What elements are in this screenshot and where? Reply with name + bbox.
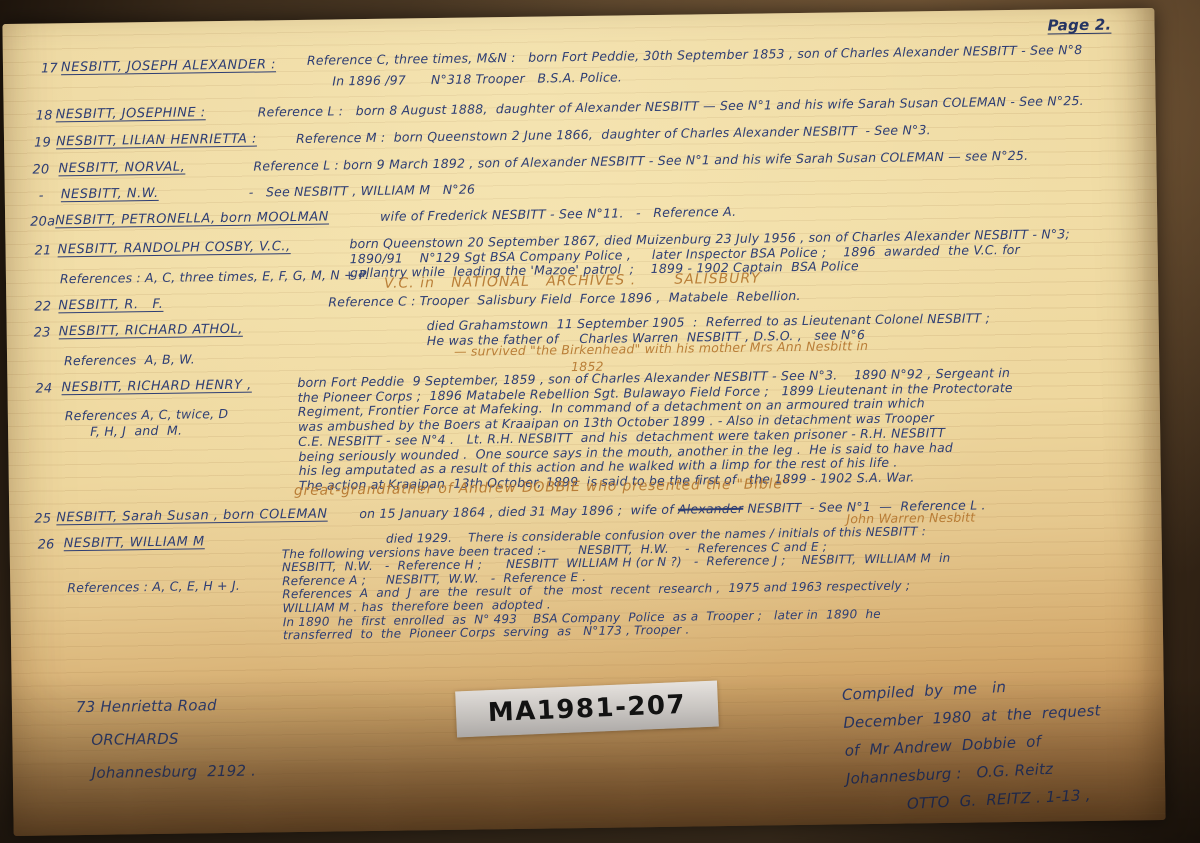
entry-name: NESBITT, NORVAL, bbox=[58, 161, 185, 177]
entry-body: Reference L : born 9 March 1892 , son of… bbox=[253, 149, 1028, 174]
entry-name: NESBITT, RICHARD ATHOL, bbox=[59, 323, 243, 340]
entry-number: 20 bbox=[32, 163, 49, 178]
struck-text: Alexander bbox=[678, 501, 743, 517]
pencil-annotation: great-grandfather of Andrew DOBBIE who p… bbox=[294, 477, 790, 499]
entry-number: 19 bbox=[34, 136, 51, 151]
entry-name: NESBITT, Sarah Susan , born COLEMAN bbox=[56, 508, 328, 526]
entry-name: NESBITT, N.W. bbox=[61, 187, 159, 203]
page-number-label: Page 2. bbox=[1047, 18, 1111, 33]
entry-22: 22 NESBITT, R. F. Reference C : Trooper … bbox=[2, 8, 1165, 836]
entry-name: NESBITT, WILLIAM M bbox=[64, 535, 205, 552]
photo-background: { "colors":{"ink":"#2e3e74","pencil":"#b… bbox=[0, 0, 1200, 843]
entry-body-text: on 15 January 1864 , died 31 May 1896 ; … bbox=[359, 502, 678, 521]
entry-references: References : A, C, E, H + J. bbox=[67, 579, 240, 596]
archive-reference-sticker: MA1981-207 bbox=[455, 681, 719, 738]
entry-name: NESBITT, JOSEPHINE : bbox=[56, 106, 206, 123]
entry-19: 19 NESBITT, LILIAN HENRIETTA : Reference… bbox=[2, 8, 1165, 836]
entry-number: 18 bbox=[36, 109, 53, 124]
paper: Page 2. 17 NESBITT, JOSEPH ALEXANDER : R… bbox=[2, 8, 1165, 836]
compiler-address: 73 Henrietta Road ORCHARDS Johannesburg … bbox=[76, 689, 257, 790]
entry-body-text: NESBITT - See N°1 — Reference L . bbox=[743, 497, 986, 515]
entry-references: References A, C, twice, D F, H, J and M. bbox=[65, 406, 229, 440]
entry-26: 26 NESBITT, WILLIAM M died 1929. There i… bbox=[2, 8, 1165, 836]
entry-name: NESBITT, RANDOLPH COSBY, V.C., bbox=[57, 240, 290, 258]
entry-body: on 15 January 1864 , died 31 May 1896 ; … bbox=[359, 498, 986, 521]
entry-references: References : A, C, three times, E, F, G,… bbox=[60, 268, 369, 287]
entry-number: 20a bbox=[30, 215, 55, 230]
compiled-note: Compiled by me in December 1980 at the r… bbox=[841, 668, 1105, 820]
pencil-annotation: V.C. in NATIONAL ARCHIVES . SALISBURY bbox=[384, 272, 761, 292]
entry-body: died 1929. There is considerable confusi… bbox=[282, 525, 952, 643]
entry-name: NESBITT, JOSEPH ALEXANDER : bbox=[61, 58, 276, 76]
entry-25: 25 NESBITT, Sarah Susan , born COLEMAN o… bbox=[2, 8, 1165, 836]
entry-name: NESBITT, RICHARD HENRY , bbox=[61, 379, 251, 396]
entry-body: died Grahamstown 11 September 1905 : Ref… bbox=[427, 310, 991, 348]
entry-21: 21 NESBITT, RANDOLPH COSBY, V.C., born Q… bbox=[2, 8, 1165, 836]
entry-body: Reference C, three times, M&N : born For… bbox=[307, 39, 1083, 92]
entry-number: 26 bbox=[38, 538, 55, 553]
footer: 73 Henrietta Road ORCHARDS Johannesburg … bbox=[2, 8, 1165, 836]
entry-number: 21 bbox=[34, 244, 51, 259]
entry-body: Reference M : born Queenstown 2 June 186… bbox=[296, 123, 931, 146]
entry-number: - bbox=[39, 190, 44, 205]
pencil-annotation: — survived "the Birkenhead" with his mot… bbox=[454, 337, 869, 377]
entry-nw: - NESBITT, N.W. - See NESBITT , WILLIAM … bbox=[2, 8, 1165, 836]
archive-reference-number: MA1981-207 bbox=[487, 690, 687, 728]
entry-references: References A, B, W. bbox=[64, 352, 195, 368]
entry-body: Reference C : Trooper Salisbury Field Fo… bbox=[328, 289, 800, 310]
entry-24: 24 NESBITT, RICHARD HENRY , born Fort Pe… bbox=[2, 8, 1165, 836]
entry-18: 18 NESBITT, JOSEPHINE : Reference L : bo… bbox=[2, 8, 1165, 836]
entry-number: 24 bbox=[35, 382, 52, 397]
entry-body: born Fort Peddie 9 September, 1859 , son… bbox=[297, 366, 1014, 494]
entry-name: NESBITT, PETRONELLA, born MOOLMAN bbox=[55, 211, 329, 229]
entry-name: NESBITT, R. F. bbox=[58, 298, 163, 314]
entry-body: - See NESBITT , WILLIAM M N°26 bbox=[249, 182, 476, 200]
entry-number: 17 bbox=[41, 62, 58, 77]
pencil-correction: John Warren Nesbitt bbox=[846, 511, 975, 527]
entry-number: 23 bbox=[34, 326, 51, 341]
entry-20a: 20a NESBITT, PETRONELLA, born MOOLMAN wi… bbox=[2, 8, 1165, 836]
entry-name: NESBITT, LILIAN HENRIETTA : bbox=[56, 133, 257, 150]
entry-body: Reference L : born 8 August 1888, daught… bbox=[258, 94, 1084, 120]
entry-body: wife of Frederick NESBITT - See N°11. - … bbox=[380, 205, 736, 225]
entry-17: 17 NESBITT, JOSEPH ALEXANDER : Reference… bbox=[2, 8, 1165, 836]
entry-body: born Queenstown 20 September 1867, died … bbox=[349, 227, 1070, 281]
entry-number: 25 bbox=[34, 512, 51, 527]
entry-20: 20 20 NESBITT, NORVAL, Reference L : bor… bbox=[2, 8, 1165, 836]
entry-23: 23 NESBITT, RICHARD ATHOL, died Grahamst… bbox=[2, 8, 1165, 836]
entry-number: 22 bbox=[34, 300, 51, 315]
